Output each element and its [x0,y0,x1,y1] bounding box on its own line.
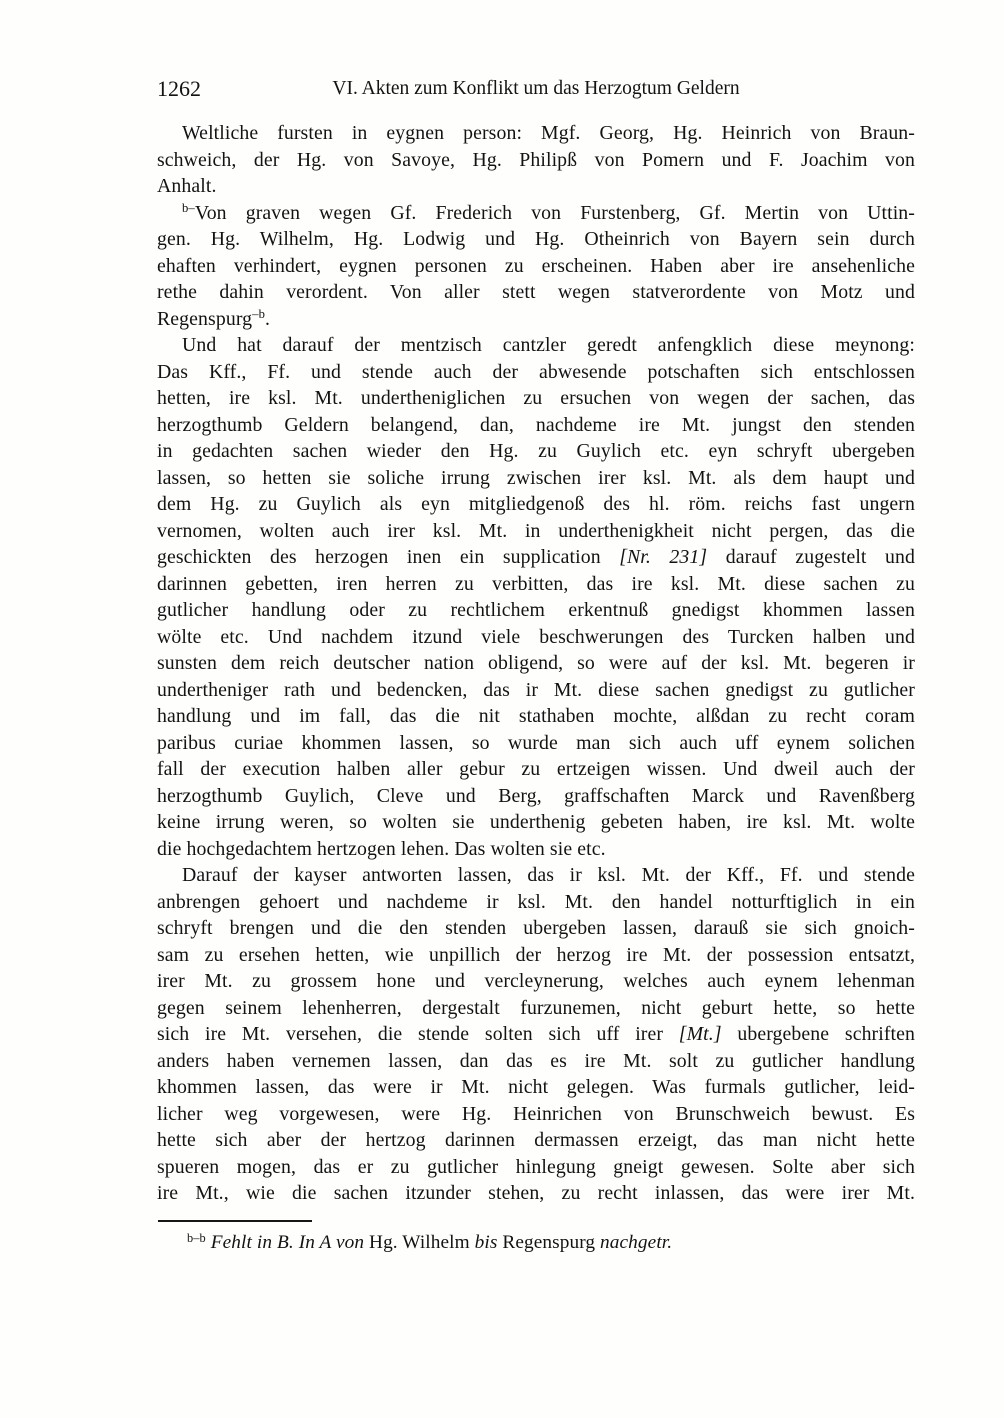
text-line: hetten, ire ksl. Mt. undertheniglichen z… [157,385,915,412]
text-line: gegen seinem lehenherren, dergestalt fur… [157,995,915,1022]
text-run: paribus curiae khommen lassen, so wurde … [157,732,915,754]
footnote: b–b Fehlt in B. In A von Hg. Wilhelm bis… [157,1229,915,1256]
text-run: Und hat darauf der mentzisch cantzler ge… [182,334,915,356]
text-line: die hochgedachtem hertzogen lehen. Das w… [157,836,915,863]
text-line: Das Kff., Ff. und stende auch der abwese… [157,359,915,386]
text-run: darauf zugestelt und [707,546,915,568]
text-run: gen. Hg. Wilhelm, Hg. Lodwig und Hg. Oth… [157,228,915,250]
footnote-marker: b–b [187,1231,206,1245]
text-line: Regenspurg–b. [157,306,915,333]
text-run: geschickten des herzogen inen ein suppli… [157,546,619,568]
text-line: vernomen, wolten auch irer ksl. Mt. in u… [157,518,915,545]
body-text: Weltliche fursten in eygnen person: Mgf.… [157,120,915,1207]
text-line: spueren mogen, das er zu gutlicher hinle… [157,1154,915,1181]
text-run: hette sich aber der hertzog darinnen der… [157,1129,915,1151]
text-line: in gedachten sachen wieder den Hg. zu Gu… [157,438,915,465]
text-line: herzogthumb Geldern belangend, dan, nach… [157,412,915,439]
text-run: . [265,308,270,330]
text-run: rethe dahin verordent. Von aller stett w… [157,281,915,303]
text-line: wölte etc. Und nachdem itzund viele besc… [157,624,915,651]
text-run: Fehlt in B. In A von [211,1232,364,1253]
text-run: bis [475,1232,498,1253]
text-run: darinnen gebetten, iren herren zu verbit… [157,573,915,595]
text-line: hette sich aber der hertzog darinnen der… [157,1127,915,1154]
text-line: b–Von graven wegen Gf. Frederich von Fur… [157,200,915,227]
text-run: anders haben vernemen lassen, dan das es… [157,1050,915,1072]
text-line: ire Mt., wie die sachen itzunder stehen,… [157,1180,915,1207]
text-line: gen. Hg. Wilhelm, Hg. Lodwig und Hg. Oth… [157,226,915,253]
text-line: rethe dahin verordent. Von aller stett w… [157,279,915,306]
text-run: in gedachten sachen wieder den Hg. zu Gu… [157,440,915,462]
text-line: sam zu ersehen hetten, wie unpillich der… [157,942,915,969]
text-run: gegen seinem lehenherren, dergestalt fur… [157,997,915,1019]
text-run: Regenspurg [497,1232,600,1253]
text-line: fall der execution halben aller gebur zu… [157,756,915,783]
text-run: Weltliche fursten in eygnen person: Mgf.… [182,122,915,144]
text-run: anbrengen gehoert und nachdeme ir ksl. M… [157,891,915,913]
text-line: irer Mt. zu grossem hone und vercleyneru… [157,968,915,995]
text-run: [Nr. 231] [619,546,707,568]
text-line: schryft brengen und die den stenden uber… [157,915,915,942]
text-run: undertheniger rath und bedencken, das ir… [157,679,915,701]
text-run: schryft brengen und die den stenden uber… [157,917,915,939]
text-line: undertheniger rath und bedencken, das ir… [157,677,915,704]
text-run: nachgetr. [600,1232,672,1253]
text-run: hetten, ire ksl. Mt. undertheniglichen z… [157,387,915,409]
text-line: sich ire Mt. versehen, die stende solten… [157,1021,915,1048]
text-run: dem Hg. zu Guylich als eyn mitgliedgenoß… [157,493,915,515]
text-line: paribus curiae khommen lassen, so wurde … [157,730,915,757]
text-line: darinnen gebetten, iren herren zu verbit… [157,571,915,598]
footnote-marker: b– [182,201,195,215]
text-run: ehaften verhindert, eygnen personen zu e… [157,255,915,277]
text-run: spueren mogen, das er zu gutlicher hinle… [157,1156,915,1178]
text-run: fall der execution halben aller gebur zu… [157,758,915,780]
text-run: irer Mt. zu grossem hone und vercleyneru… [157,970,915,992]
text-line: Weltliche fursten in eygnen person: Mgf.… [157,120,915,147]
text-line: sunsten dem reich deutscher nation oblig… [157,650,915,677]
text-line: Und hat darauf der mentzisch cantzler ge… [157,332,915,359]
text-line: keine irrung weren, so wolten sie undert… [157,809,915,836]
text-run: licher weg vorgewesen, were Hg. Heinrich… [157,1103,915,1125]
text-run: Anhalt. [157,175,216,197]
text-run: keine irrung weren, so wolten sie undert… [157,811,915,833]
text-line: licher weg vorgewesen, were Hg. Heinrich… [157,1101,915,1128]
text-line: ehaften verhindert, eygnen personen zu e… [157,253,915,280]
text-run: herzogthumb Guylich, Cleve und Berg, gra… [157,785,915,807]
text-line: herzogthumb Guylich, Cleve und Berg, gra… [157,783,915,810]
paragraph: Darauf der kayser antworten lassen, das … [157,862,915,1207]
text-run: die hochgedachtem hertzogen lehen. Das w… [157,838,606,860]
text-run: ubergebene schriften [722,1023,915,1045]
text-run: sunsten dem reich deutscher nation oblig… [157,652,915,674]
text-run: wölte etc. Und nachdem itzund viele besc… [157,626,915,648]
text-line: dem Hg. zu Guylich als eyn mitgliedgenoß… [157,491,915,518]
text-line: lassen, so hetten sie soliche irrung zwi… [157,465,915,492]
page-header: 1262 VI. Akten zum Konflikt um das Herzo… [157,76,915,106]
text-run: herzogthumb Geldern belangend, dan, nach… [157,414,915,436]
text-run: sich ire Mt. versehen, die stende solten… [157,1023,679,1045]
text-run: lassen, so hetten sie soliche irrung zwi… [157,467,915,489]
text-line: b–b Fehlt in B. In A von Hg. Wilhelm bis… [157,1229,915,1256]
text-run: khommen lassen, das were ir Mt. nicht ge… [157,1076,915,1098]
paragraph: b–Von graven wegen Gf. Frederich von Fur… [157,200,915,333]
text-run: Hg. Wilhelm [364,1232,475,1253]
text-run: sam zu ersehen hetten, wie unpillich der… [157,944,915,966]
text-run: [Mt.] [679,1023,722,1045]
text-line: handlung und im fall, das die nit statha… [157,703,915,730]
text-line: anbrengen gehoert und nachdeme ir ksl. M… [157,889,915,916]
text-line: Darauf der kayser antworten lassen, das … [157,862,915,889]
page-number: 1262 [157,76,201,102]
footnote-separator [158,1220,312,1222]
text-run: Das Kff., Ff. und stende auch der abwese… [157,361,915,383]
text-run: ire Mt., wie die sachen itzunder stehen,… [157,1182,915,1204]
book-page: 1262 VI. Akten zum Konflikt um das Herzo… [0,0,1004,1418]
text-line: geschickten des herzogen inen ein suppli… [157,544,915,571]
text-line: anders haben vernemen lassen, dan das es… [157,1048,915,1075]
text-line: Anhalt. [157,173,915,200]
text-run: vernomen, wolten auch irer ksl. Mt. in u… [157,520,915,542]
text-run: schweich, der Hg. von Savoye, Hg. Philip… [157,149,915,171]
text-line: gutlicher handlung oder zu rechtlichem e… [157,597,915,624]
footnote-marker: –b [252,307,265,321]
paragraph: Weltliche fursten in eygnen person: Mgf.… [157,120,915,200]
text-run: Regenspurg [157,308,252,330]
text-run: gutlicher handlung oder zu rechtlichem e… [157,599,915,621]
paragraph: Und hat darauf der mentzisch cantzler ge… [157,332,915,862]
running-title: VI. Akten zum Konflikt um das Herzogtum … [157,76,915,102]
text-line: khommen lassen, das were ir Mt. nicht ge… [157,1074,915,1101]
text-run: Von graven wegen Gf. Frederich von Furst… [195,202,915,224]
text-run: handlung und im fall, das die nit statha… [157,705,915,727]
text-line: schweich, der Hg. von Savoye, Hg. Philip… [157,147,915,174]
text-run: Darauf der kayser antworten lassen, das … [182,864,915,886]
